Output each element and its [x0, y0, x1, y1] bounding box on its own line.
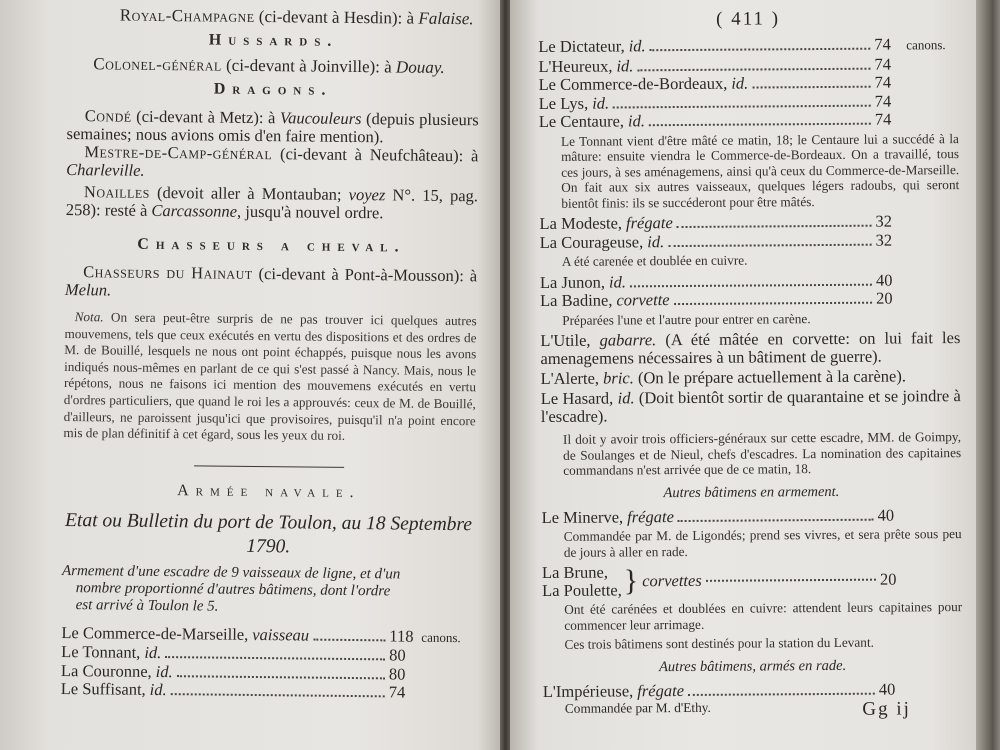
dot-leader [171, 693, 385, 697]
regiment-noailles: Noailles (devoit aller à Montauban; voye… [66, 183, 478, 223]
note-ethy: Commandée par M. d'Ethy. [565, 700, 711, 723]
left-page-column: Royal-Champagne (ci-devant à Hesdin): à … [61, 0, 480, 703]
heading-armee-navale: Armée navale. [63, 479, 475, 505]
book-page-edges [976, 0, 1000, 750]
dot-leader [613, 104, 871, 108]
ship-list-vaisseaux: Le Dictateur, id. 74 canons. L'Heureux, … [538, 35, 959, 131]
ship-pair-brune-poulette: La Brune, La Poulette, } corvettes 20 [542, 561, 962, 600]
ship-row: Le Suffisant, id. 74 [61, 680, 473, 703]
ship-row: Le Centaure, id. 74 [539, 110, 959, 131]
armement-description: Armement d'une escadre de 9 vaisseaux de… [62, 563, 475, 618]
subhead-autres-batimens-armement: Autres bâtimens en armement. [541, 482, 961, 503]
brace-glyph: } [624, 566, 639, 596]
note-preparees: Préparées l'une et l'autre pour entrer e… [562, 310, 960, 328]
entry-alerte: L'Alerte, bric. (On le prépare actuellem… [541, 367, 961, 388]
dot-leader [674, 302, 872, 305]
left-page: Royal-Champagne (ci-devant à Hesdin): à … [0, 0, 502, 750]
dot-leader [649, 123, 871, 127]
dot-leader [752, 86, 870, 89]
footer-line: Commandée par M. d'Ethy. Gg ij [565, 698, 911, 722]
ship-list-junon-badine: La Junon, id. 40 La Badine, corvette 20 [540, 271, 960, 311]
note-carenees-cuivre: Ont été carénées et doublées en cuivre: … [564, 599, 962, 633]
book-spread: Royal-Champagne (ci-devant à Hesdin): à … [0, 0, 1000, 750]
pair-names: La Brune, La Poulette, [542, 563, 622, 600]
heading-hussards: Hussards. [67, 28, 479, 54]
section-divider [194, 465, 344, 468]
dot-leader [678, 518, 874, 521]
right-page: ( 411 ) Le Dictateur, id. 74 canons. L'H… [510, 0, 978, 750]
regiment-conde: Condé (ci-devant à Metz): à Vaucouleurs … [67, 107, 479, 147]
signature-mark: Gg ij [862, 698, 911, 720]
dot-leader [706, 579, 876, 582]
right-page-column: ( 411 ) Le Dictateur, id. 74 canons. L'H… [538, 3, 963, 723]
ship-row-minerve: Le Minerve, frégate 40 [542, 506, 962, 527]
dot-leader [177, 675, 385, 679]
ship-list-left: Le Commerce-de-Marseille, vaisseau 118 c… [61, 624, 474, 703]
regiment-chasseurs-du-hainaut: Chasseurs du Hainaut (ci-devant à Pont-à… [65, 263, 477, 303]
regiment-royal-champagne: Royal-Champagne (ci-devant à Hesdin): à … [120, 5, 480, 31]
nota-paragraph: Nota. On sera peut-être surpris de ne pa… [63, 309, 476, 446]
ship-list-fregates: La Modeste, frégate 32 La Courageuse, id… [539, 212, 959, 252]
ship-row: La Courageuse, id. 32 [540, 231, 960, 252]
dot-leader [650, 48, 871, 52]
heading-chasseurs-a-cheval: Chasseurs a cheval. [65, 233, 477, 259]
dot-leader [313, 638, 385, 641]
dot-leader [677, 225, 872, 228]
entry-hasard: Le Hasard, id. (Doit bientôt sortir de q… [541, 387, 961, 426]
heading-dragons: Dragons. [67, 77, 479, 103]
note-carenee: A été carenée et doublée en cuivre. [562, 251, 960, 269]
note-station-levant: Ces trois bâtimens sont destinés pour la… [564, 634, 962, 652]
ship-row: La Badine, corvette 20 [540, 289, 960, 310]
entry-utile: L'Utile, gabarre. (A été mâtée en corvet… [540, 329, 960, 368]
dot-leader [688, 692, 875, 695]
page-number: ( 411 ) [538, 7, 958, 32]
note-minerve: Commandée par M. de Ligondés; prend ses … [564, 526, 962, 560]
regiment-mestre-de-camp: Mestre-de-Camp-général (ci-devant à Neuf… [66, 143, 478, 183]
dot-leader [165, 656, 385, 660]
note-officiers-generaux: Il doit y avoir trois officiers-généraux… [563, 429, 961, 478]
dot-leader [637, 67, 870, 71]
dot-leader [668, 243, 871, 246]
dot-leader [630, 283, 872, 287]
subhead-armes-en-rade: Autres bâtimens, armés en rade. [543, 656, 963, 677]
regiment-colonel-general: Colonel-général (ci-devant à Joinville):… [93, 53, 479, 79]
note-tonnant-mature: Le Tonnant vient d'être mâté ce matin, 1… [561, 131, 960, 211]
bulletin-title: Etat ou Bulletin du port de Toulon, au 1… [62, 509, 474, 561]
